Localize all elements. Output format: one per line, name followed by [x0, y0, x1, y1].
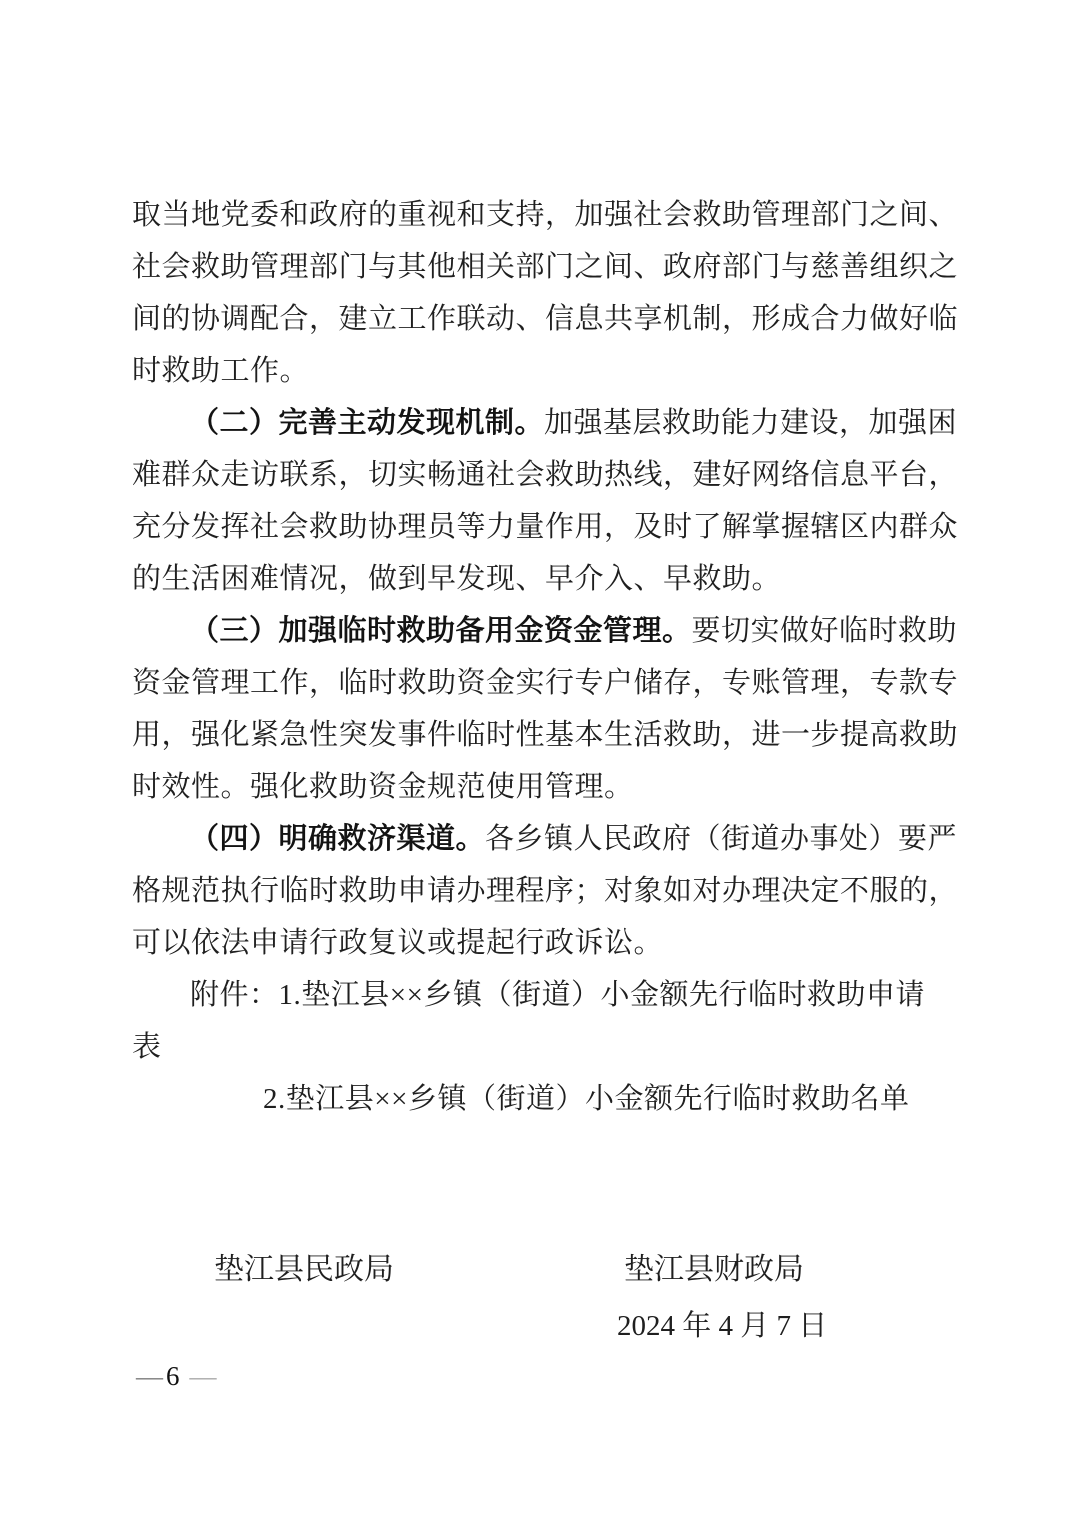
page-number-value: 6 — [166, 1361, 180, 1391]
text-line: 社会救助管理部门与其他相关部门之间、政府部门与慈善组织之 — [132, 241, 950, 293]
text-line: （四）明确救济渠道。各乡镇人民政府（街道办事处）要严 — [132, 813, 950, 865]
text-line: 时效性。强化救助资金规范使用管理。 — [132, 761, 950, 813]
text-line: 难群众走访联系，切实畅通社会救助热线，建好网络信息平台， — [132, 449, 950, 501]
page-number: —6— — [136, 1362, 217, 1390]
text-line: 可以依法申请行政复议或提起行政诉讼。 — [132, 917, 950, 969]
text-line: 间的协调配合，建立工作联动、信息共享机制，形成合力做好临 — [132, 293, 950, 345]
text-line: （二）完善主动发现机制。加强基层救助能力建设，加强困 — [132, 397, 950, 449]
text-line: （三）加强临时救助备用金资金管理。要切实做好临时救助 — [132, 605, 950, 657]
signature-civil-affairs-bureau: 垫江县民政局 — [214, 1254, 394, 1286]
text-line: 取当地党委和政府的重视和支持，加强社会救助管理部门之间、 — [132, 189, 950, 241]
text-line: 格规范执行临时救助申请办理程序；对象如对办理决定不服的， — [132, 865, 950, 917]
page-number-dash-left: — — [136, 1361, 163, 1391]
signature-finance-bureau: 垫江县财政局 — [624, 1254, 804, 1286]
document-date: 2024 年 4 月 7 日 — [617, 1310, 827, 1342]
section-heading: （四）明确救济渠道。 — [190, 823, 485, 855]
text-line: 充分发挥社会救助协理员等力量作用，及时了解掌握辖区内群众 — [132, 501, 950, 553]
text-line: 时救助工作。 — [132, 345, 950, 397]
page-number-dash-right: — — [190, 1361, 217, 1391]
text-line: 附件：1.垫江县××乡镇（街道）小金额先行临时救助申请 — [132, 969, 950, 1021]
text-line: 用，强化紧急性突发事件临时性基本生活救助，进一步提高救助 — [132, 709, 950, 761]
section-heading: （三）加强临时救助备用金资金管理。 — [190, 615, 692, 647]
section-heading: （二）完善主动发现机制。 — [190, 407, 544, 439]
document-page: 取当地党委和政府的重视和支持，加强社会救助管理部门之间、社会救助管理部门与其他相… — [0, 0, 1074, 1520]
text-line: 资金管理工作，临时救助资金实行专户储存，专账管理，专款专 — [132, 657, 950, 709]
text-line: 的生活困难情况，做到早发现、早介入、早救助。 — [132, 553, 950, 605]
text-line: 2.垫江县××乡镇（街道）小金额先行临时救助名单 — [132, 1073, 950, 1125]
text-line: 表 — [132, 1021, 950, 1073]
document-body: 取当地党委和政府的重视和支持，加强社会救助管理部门之间、社会救助管理部门与其他相… — [132, 189, 950, 1125]
